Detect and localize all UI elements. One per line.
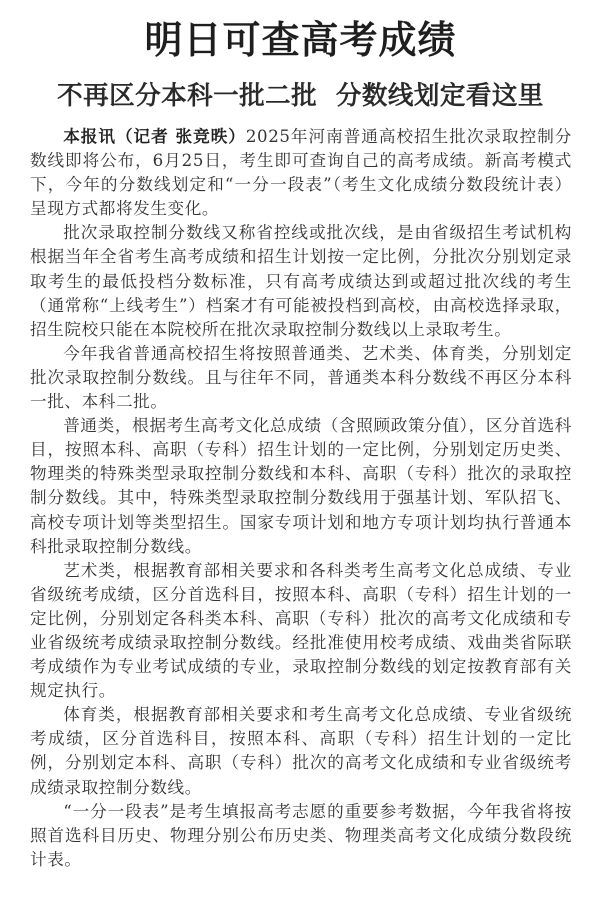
byline: 本报讯（记者 张竞昳） <box>63 127 246 146</box>
article-body: 本报讯（记者 张竞昳）2025年河南普通高校招生批次录取控制分数线即将公布，6月… <box>30 125 572 872</box>
paragraph-general-category: 普通类，根据考生高考文化总成绩（含照顾政策分值），区分首选科目，按照本科、高职（… <box>30 414 572 559</box>
paragraph-sports-category: 体育类，根据教育部相关要求和考生高考文化总成绩、专业省级统考成绩，区分首选科目，… <box>30 703 572 799</box>
subheadline: 不再区分本科一批二批 分数线划定看这里 <box>0 76 601 116</box>
paragraph-art-category: 艺术类，根据教育部相关要求和各科类考生高考文化总成绩、专业省级统考成绩，区分首选… <box>30 559 572 704</box>
headline: 明日可查高考成绩 <box>0 14 601 66</box>
paragraph-batch-line-definition: 批次录取控制分数线又称省控线或批次线，是由省级招生考试机构根据当年全省考生高考成… <box>30 221 572 341</box>
lead-paragraph: 本报讯（记者 张竞昳）2025年河南普通高校招生批次录取控制分数线即将公布，6月… <box>30 125 572 221</box>
paragraph-score-table: “一分一段表”是考生填报高考志愿的重要参考数据，今年我省将按照首选科目历史、物理… <box>30 800 572 872</box>
paragraph-categories: 今年我省普通高校招生将按照普通类、艺术类、体育类，分别划定批次录取控制分数线。且… <box>30 342 572 414</box>
